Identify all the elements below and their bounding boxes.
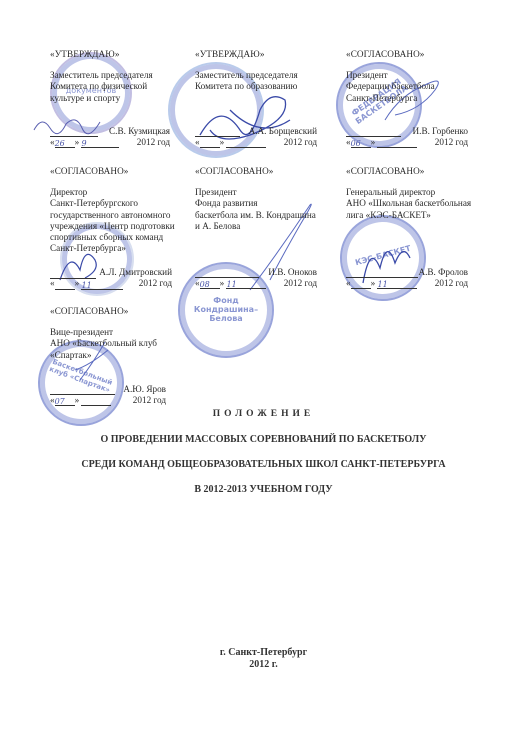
position-line: культуре и спорту [50,93,170,104]
position-line: АНО «Школьная баскетбольная [346,198,468,209]
position-line: Заместитель председателя [50,70,170,81]
stamp-text: Фонд Кондрашина–Белова [180,296,272,323]
approval-block-dmitrovsky: «СОГЛАСОВАНО» Директор Санкт-Петербургск… [50,166,172,289]
document-subtitle-line-3: В 2012-2013 УЧЕБНОМ ГОДУ [0,484,527,495]
year-label: 2012 год [137,137,170,148]
approval-block-frolov: «СОГЛАСОВАНО» Генеральный директор АНО «… [346,166,468,289]
signature-line: И.В. Горбенко [346,126,468,137]
signatory-name: А.А. Борщевский [249,126,317,137]
approval-heading: «СОГЛАСОВАНО» [50,166,172,177]
position-line: Комитета по физической [50,81,170,92]
signature-line: А.В. Фролов [346,267,468,278]
approval-block-gorbenko: «СОГЛАСОВАНО» Президент Федерации баскет… [346,49,468,148]
approval-block-yarov: «СОГЛАСОВАНО» Вице-президент АНО «Баскет… [50,306,166,406]
signatory-name: А.Л. Дмитровский [99,267,172,278]
position-line: Фонда развития [195,198,317,209]
position-line: Директор [50,187,172,198]
handwritten-day: 06 [351,139,361,148]
position-line: Генеральный директор [346,187,468,198]
position-line: АНО «Баскетбольный клуб [50,338,166,349]
position-line: лига «КЭС-БАСКЕТ» [346,210,468,221]
approval-block-onokov: «СОГЛАСОВАНО» Президент Фонда развития б… [195,166,317,289]
position-line: Президент [346,70,468,81]
date-line: «26» 9 2012 год [50,137,170,148]
position-line: Федерации баскетбола [346,81,468,92]
approval-heading: «УТВЕРЖДАЮ» [195,49,317,60]
position-line: Президент [195,187,317,198]
year-label: 2012 год [284,137,317,148]
handwritten-day: 26 [55,139,65,148]
position-line: и А. Белова [195,221,317,232]
position-line: Санкт-Петербурга [346,93,468,104]
signatory-name: А.Ю. Яров [123,384,166,395]
position-line: Вице-президент [50,327,166,338]
signatory-name: И.В. Оноков [268,267,317,278]
handwritten-month: 9 [81,139,86,148]
signature-line: А.А. Борщевский [195,126,317,137]
approval-heading: «СОГЛАСОВАНО» [346,166,468,177]
signature-line: И.В. Оноков [195,267,317,278]
approval-heading: «УТВЕРЖДАЮ» [50,49,170,60]
signatory-name: С.В. Кузмицкая [109,126,170,137]
position-line: спортивных сборных команд [50,232,172,243]
year-label: 2012 год [284,278,317,289]
date-line: «» 11 2012 год [346,278,468,289]
signatory-name: И.В. Горбенко [413,126,468,137]
handwritten-month: 11 [81,281,91,290]
document-title: ПОЛОЖЕНИЕ [0,409,527,419]
position-line: Санкт-Петербургского [50,198,172,209]
signature-line: А.Ю. Яров [50,384,166,395]
approval-heading: «СОГЛАСОВАНО» [346,49,468,60]
date-line: «08» 11 2012 год [195,278,317,289]
position-line: Заместитель председателя [195,70,317,81]
approval-block-borshchevsky: «УТВЕРЖДАЮ» Заместитель председателя Ком… [195,49,317,148]
document-subtitle-line-1: О ПРОВЕДЕНИИ МАССОВЫХ СОРЕВНОВАНИЙ ПО БА… [0,434,527,445]
approval-heading: «СОГЛАСОВАНО» [50,306,166,317]
document-city: г. Санкт-Петербург [0,647,527,659]
date-line: «» 11 2012 год [50,278,172,289]
year-label: 2012 год [435,137,468,148]
handwritten-day: 08 [200,280,210,289]
signatory-name: А.В. Фролов [419,267,469,278]
year-label: 2012 год [133,395,166,406]
signature-line: А.Л. Дмитровский [50,267,172,278]
position-line: баскетбола им. В. Кондрашина [195,210,317,221]
date-line: «06» 2012 год [346,137,468,148]
position-line: государственного автономного [50,210,172,221]
handwritten-month: 11 [226,280,236,289]
handwritten-day: 07 [55,397,65,406]
year-label: 2012 год [435,278,468,289]
handwritten-month: 11 [377,280,387,289]
document-subtitle-line-2: СРЕДИ КОМАНД ОБЩЕОБРАЗОВАТЕЛЬНЫХ ШКОЛ СА… [0,459,527,470]
date-line: «07» 2012 год [50,395,166,406]
date-line: «» 2012 год [195,137,317,148]
document-year: 2012 г. [0,659,527,671]
position-line: «Спартак» [50,350,166,361]
position-line: Комитета по образованию [195,81,317,92]
position-line: учреждения «Центр подготовки [50,221,172,232]
signature-line: С.В. Кузмицкая [50,126,170,137]
position-line: Санкт-Петербурга» [50,243,172,254]
approval-heading: «СОГЛАСОВАНО» [195,166,317,177]
approval-block-kuzmitskaya: «УТВЕРЖДАЮ» Заместитель председателя Ком… [50,49,170,148]
year-label: 2012 год [139,278,172,289]
